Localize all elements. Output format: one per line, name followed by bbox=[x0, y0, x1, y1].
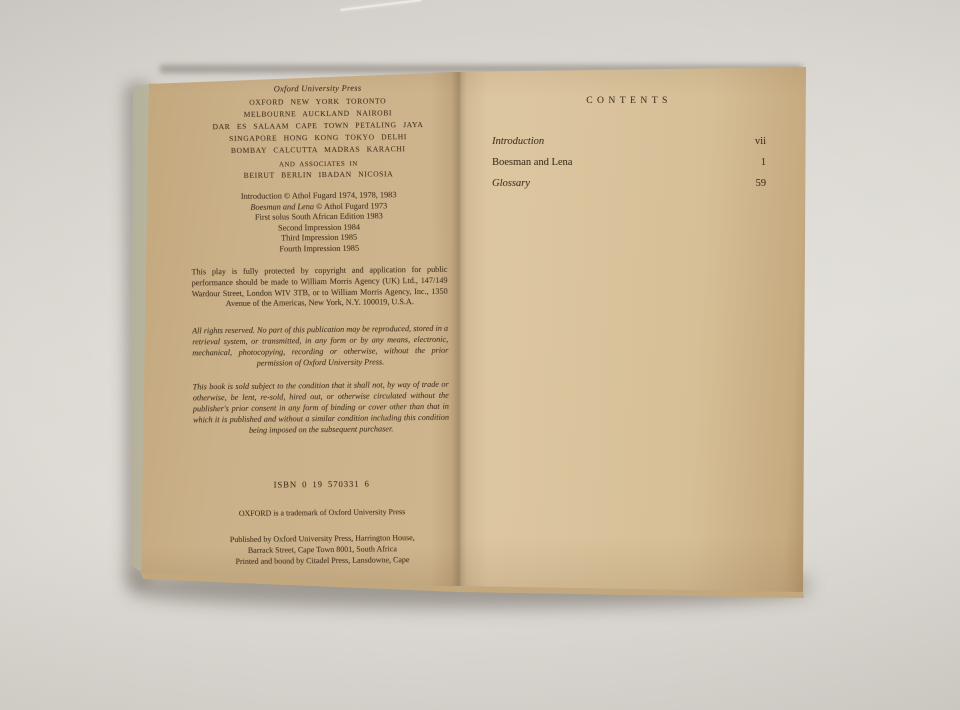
performance-notice: This play is fully protected by copyrigh… bbox=[191, 265, 447, 311]
trademark-line: OXFORD is a trademark of Oxford Universi… bbox=[194, 507, 450, 519]
copyright-block: Introduction © Athol Fugard 1974, 1978, … bbox=[191, 190, 448, 256]
rights-notice: All rights reserved. No part of this pub… bbox=[192, 324, 448, 370]
contents-entry: Glossary 59 bbox=[492, 178, 766, 190]
copyright-line-rest: © Athol Fugard 1973 bbox=[314, 201, 387, 211]
imprint-line: Printed and bound by Citadel Press, Lans… bbox=[194, 554, 450, 568]
contents-entry: Introduction vii bbox=[492, 136, 766, 148]
open-book: Oxford University Press OXFORD NEW YORK … bbox=[130, 60, 810, 600]
book-title: Boesman and Lena bbox=[250, 202, 314, 212]
entry-title: Boesman and Lena bbox=[492, 157, 572, 169]
entry-title: Glossary bbox=[492, 178, 530, 190]
entry-title: Introduction bbox=[492, 136, 544, 148]
entry-page-number: 59 bbox=[756, 178, 767, 190]
table-of-contents: Introduction vii Boesman and Lena 1 Glos… bbox=[492, 136, 766, 190]
contents-heading: CONTENTS bbox=[492, 96, 766, 106]
associates-cities: BEIRUT BERLIN IBADAN NICOSIA bbox=[190, 168, 446, 183]
imprint-block: Published by Oxford University Press, Ha… bbox=[194, 532, 450, 568]
photo-scene: Oxford University Press OXFORD NEW YORK … bbox=[0, 0, 960, 710]
isbn-line: ISBN 0 19 570331 6 bbox=[194, 478, 450, 491]
contents-page-text: CONTENTS Introduction vii Boesman and Le… bbox=[492, 96, 766, 199]
condition-notice: This book is sold subject to the conditi… bbox=[193, 380, 450, 437]
entry-page-number: vii bbox=[755, 136, 766, 148]
entry-page-number: 1 bbox=[761, 157, 766, 169]
publisher-name: Oxford University Press bbox=[189, 83, 445, 95]
copyright-page-text: Oxford University Press OXFORD NEW YORK … bbox=[189, 83, 450, 568]
copyright-line: Fourth Impression 1985 bbox=[191, 242, 447, 255]
publisher-cities: OXFORD NEW YORK TORONTO MELBOURNE AUCKLA… bbox=[190, 95, 447, 158]
contents-entry: Boesman and Lena 1 bbox=[492, 157, 766, 169]
